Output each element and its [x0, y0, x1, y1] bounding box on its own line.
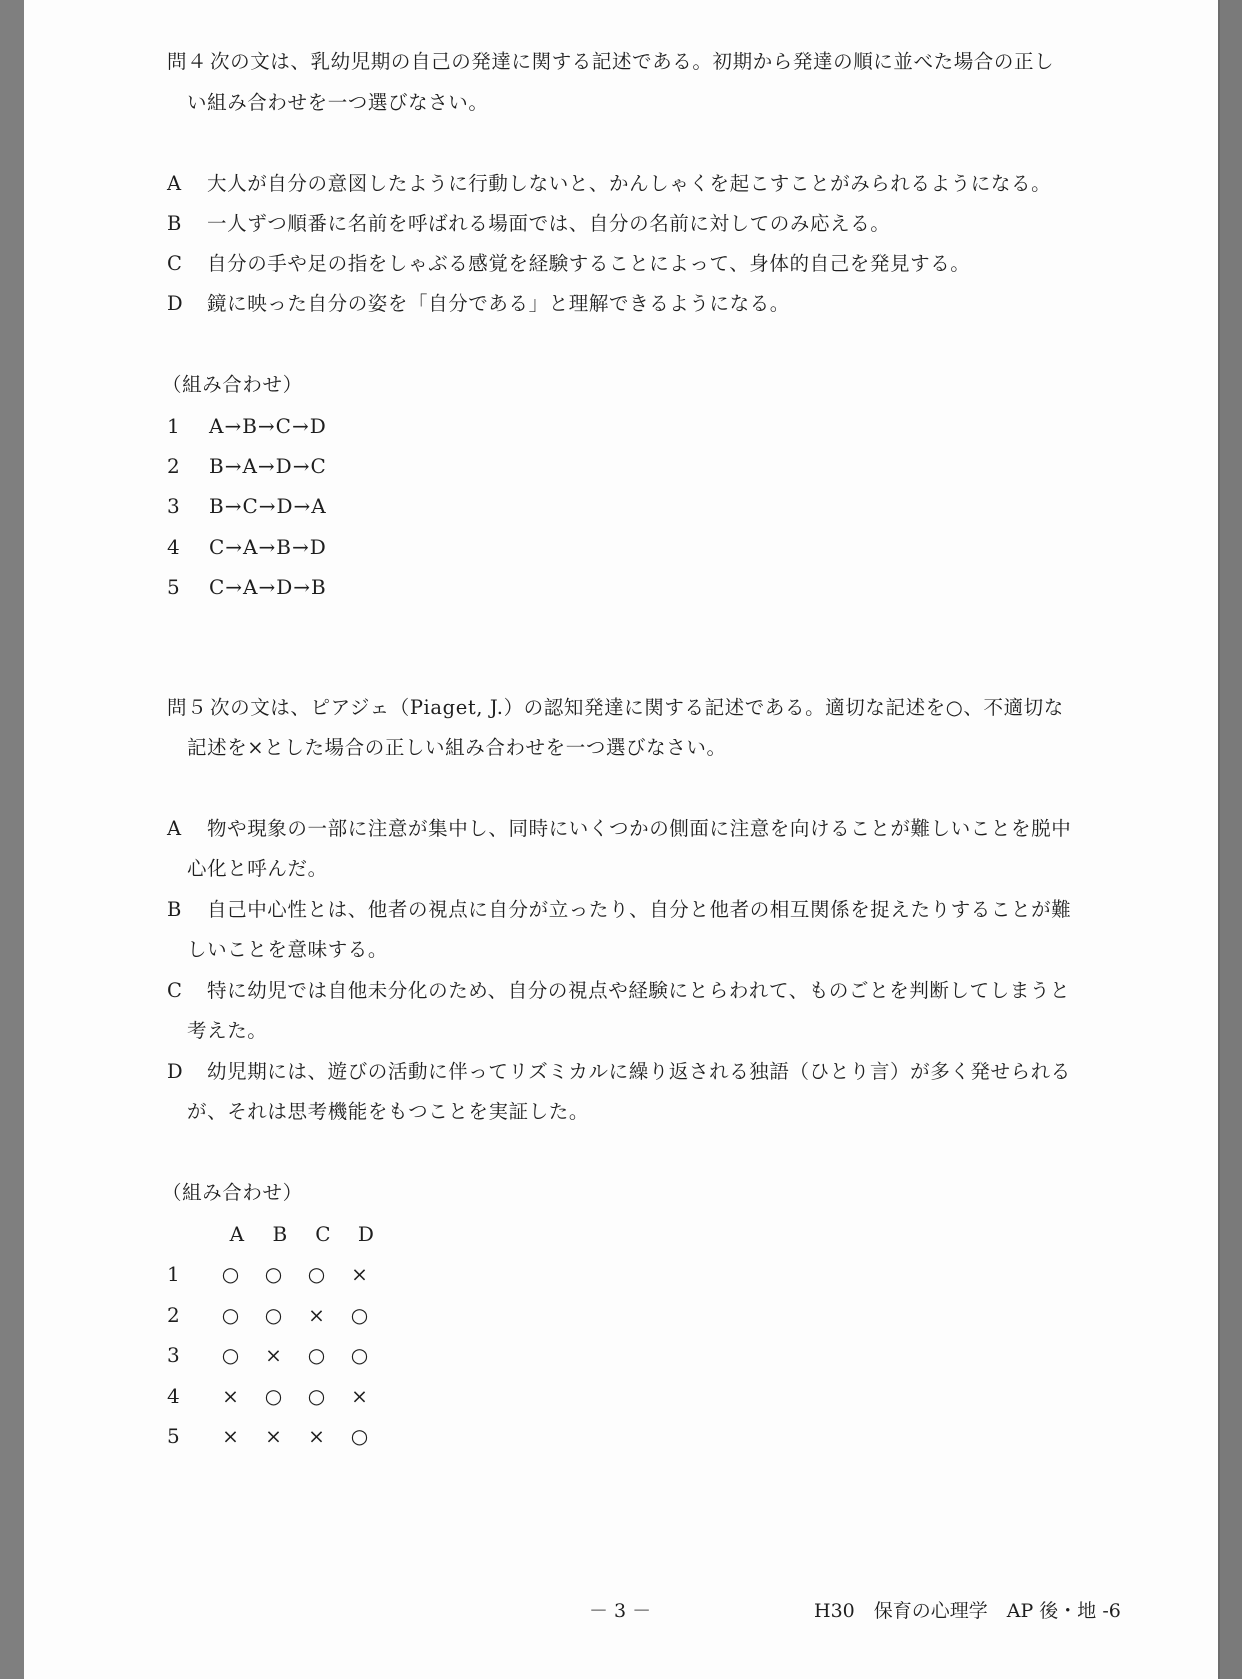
q4-option-5: 5C→A→D→B	[167, 573, 327, 601]
viewer-right-edge	[1218, 0, 1242, 1679]
q4-stem-line1: 問４次の文は、乳幼児期の自己の発達に関する記述である。初期から発達の順に並べた場…	[167, 48, 1054, 76]
q4-combo-heading: （組み合わせ）	[162, 371, 303, 399]
q5-table-header: ABCD	[167, 1220, 387, 1248]
q4-statement-a: A大人が自分の意図したように行動しないと、かんしゃくを起こすことがみられるように…	[167, 170, 1051, 198]
q4-label: 問４	[167, 48, 210, 76]
q4-option-3: 3B→C→D→A	[167, 492, 327, 520]
q4-statement-d: D鏡に映った自分の姿を「自分である」と理解できるようになる。	[167, 290, 790, 318]
q5-statement-d: D幼児期には、遊びの活動に伴ってリズミカルに繰り返される独語（ひとり言）が多く発…	[167, 1058, 1071, 1086]
q5-option-5: 5×××○	[167, 1422, 381, 1450]
page-number: － 3 －	[589, 1597, 651, 1625]
q5-statement-c: C特に幼児では自他未分化のため、自分の視点や経験にとらわれて、ものごとを判断して…	[167, 977, 1070, 1005]
q5-statement-b-cont: しいことを意味する。	[187, 936, 388, 964]
q5-option-4: 4×○○×	[167, 1382, 381, 1410]
q4-statement-c: C自分の手や足の指をしゃぶる感覚を経験することによって、身体的自己を発見する。	[167, 250, 970, 278]
q5-statement-a: A物や現象の一部に注意が集中し、同時にいくつかの側面に注意を向けることが難しいこ…	[167, 815, 1071, 843]
exam-code: H30 保育の心理学 AP 後・地 -6	[814, 1597, 1121, 1625]
q4-option-2: 2B→A→D→C	[167, 452, 327, 480]
q5-statement-c-cont: 考えた。	[187, 1017, 267, 1045]
q4-option-1: 1A→B→C→D	[167, 412, 327, 440]
q5-option-2: 2○○×○	[167, 1301, 381, 1329]
q4-stem-line2: い組み合わせを一つ選びなさい。	[187, 89, 489, 117]
q4-statement-b: B一人ずつ順番に名前を呼ばれる場面では、自分の名前に対してのみ応える。	[167, 210, 890, 238]
q5-stem-line2: 記述を×とした場合の正しい組み合わせを一つ選びなさい。	[187, 734, 727, 762]
q5-stem-line1: 問５次の文は、ピアジェ（Piaget, J.）の認知発達に関する記述である。適切…	[167, 694, 1064, 722]
q5-label: 問５	[167, 694, 210, 722]
q4-option-4: 4C→A→B→D	[167, 533, 327, 561]
document-page: 問４次の文は、乳幼児期の自己の発達に関する記述である。初期から発達の順に並べた場…	[24, 0, 1218, 1679]
q5-statement-d-cont: が、それは思考機能をもつことを実証した。	[187, 1098, 589, 1126]
q5-combo-heading: （組み合わせ）	[162, 1179, 303, 1207]
q5-statement-a-cont: 心化と呼んだ。	[187, 855, 328, 883]
q5-statement-b: B自己中心性とは、他者の視点に自分が立ったり、自分と他者の相互関係を捉えたりする…	[167, 896, 1071, 924]
q5-option-1: 1○○○×	[167, 1260, 381, 1288]
q5-option-3: 3○×○○	[167, 1341, 381, 1369]
